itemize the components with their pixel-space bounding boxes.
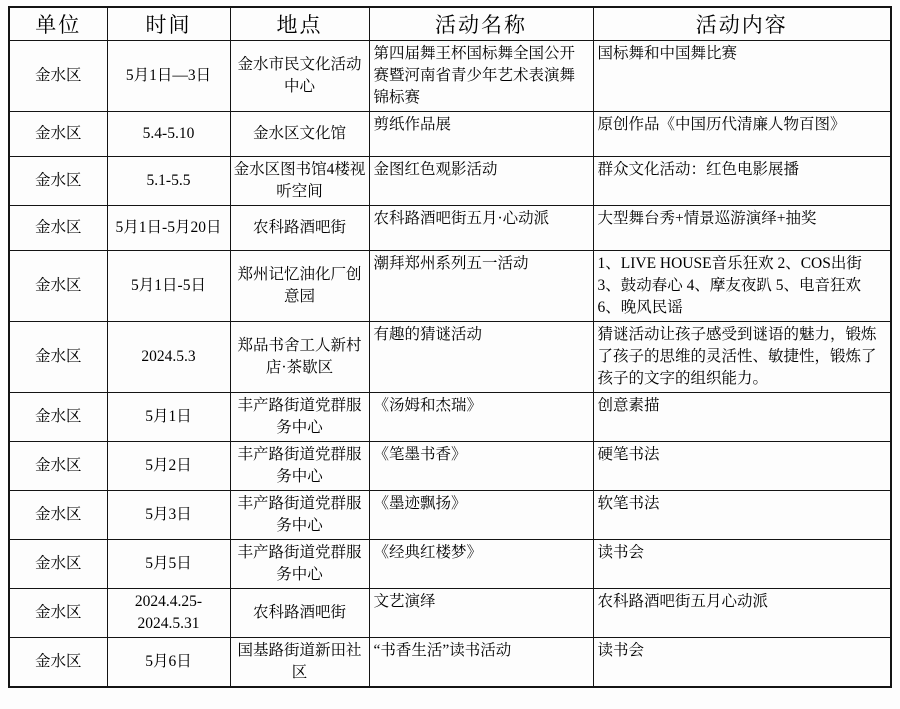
cell-time: 5月3日 bbox=[107, 491, 230, 540]
cell-time: 5月1日 bbox=[107, 393, 230, 442]
cell-activity-name: 潮拜郑州系列五一活动 bbox=[369, 251, 593, 322]
cell-unit: 金水区 bbox=[9, 638, 107, 688]
cell-location: 金水市民文化活动中心 bbox=[230, 41, 369, 112]
cell-time: 2024.5.3 bbox=[107, 322, 230, 393]
table-row: 金水区5月5日丰产路街道党群服务中心《经典红楼梦》读书会 bbox=[9, 540, 891, 589]
cell-activity-content: 创意素描 bbox=[593, 393, 891, 442]
cell-location: 丰产路街道党群服务中心 bbox=[230, 442, 369, 491]
cell-unit: 金水区 bbox=[9, 41, 107, 112]
cell-time: 5月6日 bbox=[107, 638, 230, 688]
cell-unit: 金水区 bbox=[9, 491, 107, 540]
cell-activity-content: 读书会 bbox=[593, 638, 891, 688]
cell-unit: 金水区 bbox=[9, 442, 107, 491]
table-row: 金水区5.4-5.10金水区文化馆剪纸作品展原创作品《中国历代清廉人物百图》 bbox=[9, 112, 891, 157]
header-location: 地点 bbox=[230, 7, 369, 41]
table-row: 金水区2024.5.3郑品书舍工人新村店·茶歇区有趣的猜谜活动猜谜活动让孩子感受… bbox=[9, 322, 891, 393]
cell-activity-name: 第四届舞王杯国标舞全国公开赛暨河南省青少年艺术表演舞锦标赛 bbox=[369, 41, 593, 112]
cell-time: 5月1日-5日 bbox=[107, 251, 230, 322]
cell-unit: 金水区 bbox=[9, 112, 107, 157]
cell-location: 丰产路街道党群服务中心 bbox=[230, 491, 369, 540]
table-row: 金水区5月1日-5日郑州记忆油化厂创意园潮拜郑州系列五一活动1、LIVE HOU… bbox=[9, 251, 891, 322]
cell-activity-name: 《笔墨书香》 bbox=[369, 442, 593, 491]
cell-time: 2024.4.25-2024.5.31 bbox=[107, 589, 230, 638]
cell-activity-content: 软笔书法 bbox=[593, 491, 891, 540]
table-row: 金水区5月6日国基路街道新田社区“书香生活”读书活动读书会 bbox=[9, 638, 891, 688]
schedule-table: 单位 时间 地点 活动名称 活动内容 金水区5月1日—3日金水市民文化活动中心第… bbox=[8, 6, 892, 688]
cell-unit: 金水区 bbox=[9, 251, 107, 322]
cell-activity-content: 读书会 bbox=[593, 540, 891, 589]
cell-unit: 金水区 bbox=[9, 157, 107, 206]
cell-time: 5月5日 bbox=[107, 540, 230, 589]
cell-location: 郑品书舍工人新村店·茶歇区 bbox=[230, 322, 369, 393]
table-row: 金水区5月1日丰产路街道党群服务中心《汤姆和杰瑞》创意素描 bbox=[9, 393, 891, 442]
cell-time: 5.4-5.10 bbox=[107, 112, 230, 157]
cell-activity-content: 原创作品《中国历代清廉人物百图》 bbox=[593, 112, 891, 157]
table-row: 金水区2024.4.25-2024.5.31农科路酒吧街文艺演绎农科路酒吧街五月… bbox=[9, 589, 891, 638]
cell-unit: 金水区 bbox=[9, 206, 107, 251]
cell-time: 5月1日—3日 bbox=[107, 41, 230, 112]
cell-location: 丰产路街道党群服务中心 bbox=[230, 393, 369, 442]
header-activity-name: 活动名称 bbox=[369, 7, 593, 41]
cell-activity-name: 文艺演绎 bbox=[369, 589, 593, 638]
cell-unit: 金水区 bbox=[9, 393, 107, 442]
table-body: 金水区5月1日—3日金水市民文化活动中心第四届舞王杯国标舞全国公开赛暨河南省青少… bbox=[9, 41, 891, 688]
page: 单位 时间 地点 活动名称 活动内容 金水区5月1日—3日金水市民文化活动中心第… bbox=[0, 0, 900, 709]
cell-activity-name: 有趣的猜谜活动 bbox=[369, 322, 593, 393]
cell-activity-name: 《汤姆和杰瑞》 bbox=[369, 393, 593, 442]
cell-activity-content: 国标舞和中国舞比赛 bbox=[593, 41, 891, 112]
cell-activity-content: 猜谜活动让孩子感受到谜语的魅力，锻炼了孩子的思维的灵活性、敏捷性，锻炼了孩子的文… bbox=[593, 322, 891, 393]
cell-unit: 金水区 bbox=[9, 322, 107, 393]
table-row: 金水区5月1日—3日金水市民文化活动中心第四届舞王杯国标舞全国公开赛暨河南省青少… bbox=[9, 41, 891, 112]
cell-location: 金水区图书馆4楼视听空间 bbox=[230, 157, 369, 206]
cell-activity-name: 《经典红楼梦》 bbox=[369, 540, 593, 589]
cell-location: 农科路酒吧街 bbox=[230, 206, 369, 251]
cell-activity-content: 农科路酒吧街五月心动派 bbox=[593, 589, 891, 638]
cell-location: 国基路街道新田社区 bbox=[230, 638, 369, 688]
header-activity-content: 活动内容 bbox=[593, 7, 891, 41]
header-row: 单位 时间 地点 活动名称 活动内容 bbox=[9, 7, 891, 41]
cell-activity-content: 硬笔书法 bbox=[593, 442, 891, 491]
table-row: 金水区5.1-5.5金水区图书馆4楼视听空间金图红色观影活动群众文化活动：红色电… bbox=[9, 157, 891, 206]
cell-location: 金水区文化馆 bbox=[230, 112, 369, 157]
cell-activity-name: 剪纸作品展 bbox=[369, 112, 593, 157]
cell-activity-content: 大型舞台秀+情景巡游演绎+抽奖 bbox=[593, 206, 891, 251]
cell-activity-content: 1、LIVE HOUSE音乐狂欢 2、COS出街 3、鼓动春心 4、摩友夜趴 5… bbox=[593, 251, 891, 322]
table-header: 单位 时间 地点 活动名称 活动内容 bbox=[9, 7, 891, 41]
header-time: 时间 bbox=[107, 7, 230, 41]
cell-unit: 金水区 bbox=[9, 540, 107, 589]
table-row: 金水区5月3日丰产路街道党群服务中心《墨迹飘扬》软笔书法 bbox=[9, 491, 891, 540]
cell-activity-name: 《墨迹飘扬》 bbox=[369, 491, 593, 540]
cell-time: 5.1-5.5 bbox=[107, 157, 230, 206]
header-unit: 单位 bbox=[9, 7, 107, 41]
table-row: 金水区5月2日丰产路街道党群服务中心《笔墨书香》硬笔书法 bbox=[9, 442, 891, 491]
table-row: 金水区5月1日-5月20日农科路酒吧街农科路酒吧街五月·心动派大型舞台秀+情景巡… bbox=[9, 206, 891, 251]
cell-activity-name: 农科路酒吧街五月·心动派 bbox=[369, 206, 593, 251]
cell-location: 郑州记忆油化厂创意园 bbox=[230, 251, 369, 322]
cell-activity-name: “书香生活”读书活动 bbox=[369, 638, 593, 688]
cell-unit: 金水区 bbox=[9, 589, 107, 638]
cell-location: 农科路酒吧街 bbox=[230, 589, 369, 638]
cell-activity-name: 金图红色观影活动 bbox=[369, 157, 593, 206]
cell-time: 5月2日 bbox=[107, 442, 230, 491]
cell-activity-content: 群众文化活动：红色电影展播 bbox=[593, 157, 891, 206]
cell-location: 丰产路街道党群服务中心 bbox=[230, 540, 369, 589]
cell-time: 5月1日-5月20日 bbox=[107, 206, 230, 251]
